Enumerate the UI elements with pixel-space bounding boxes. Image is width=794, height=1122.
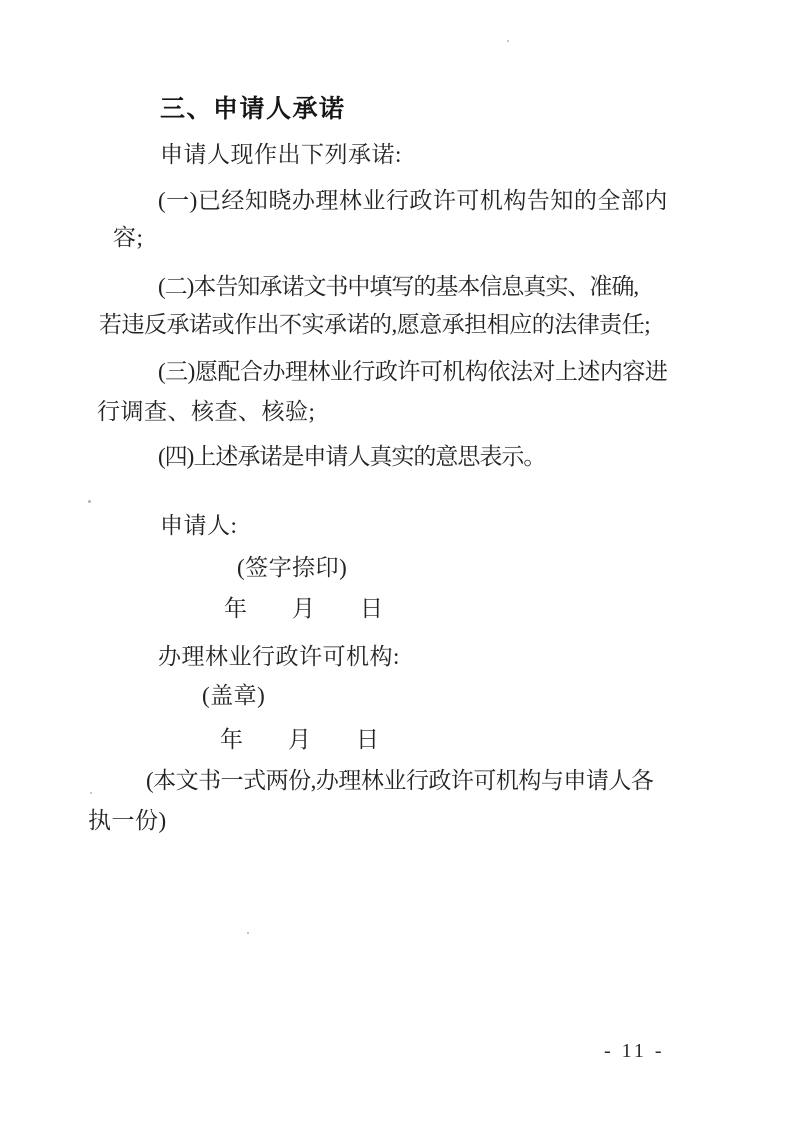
intro-line: 申请人现作出下列承诺: [160, 140, 402, 170]
scan-speck [247, 932, 249, 934]
item-4-line-1: (四)上述承诺是申请人真实的意思表示。 [158, 442, 545, 472]
date-day-label: 日 [360, 594, 383, 624]
applicant-date-line: 年 月 日 [224, 594, 383, 624]
item-2-line-2: 若违反承诺或作出不实承诺的,愿意承担相应的法律责任; [99, 310, 650, 340]
section-heading: 三、申请人承诺 [160, 93, 346, 125]
document-page: 三、申请人承诺 申请人现作出下列承诺: (一)已经知晓办理林业行政许可机构告知的… [0, 0, 794, 1122]
item-1-line-2: 容; [113, 223, 143, 253]
footnote-line-2: 执一份) [88, 806, 167, 836]
applicant-sign-note: (签字捺印) [237, 553, 347, 583]
footnote-line-1: (本文书一式两份,办理林业行政许可机构与申请人各 [146, 766, 653, 796]
scan-speck [88, 500, 91, 503]
item-3-line-2: 行调查、核查、核验; [97, 397, 315, 427]
date-month-label: 月 [288, 725, 311, 755]
item-2-line-1: (二)本告知承诺文书中填写的基本信息真实、准确, [158, 272, 638, 302]
date-month-label: 月 [292, 594, 315, 624]
authority-label: 办理林业行政许可机构: [158, 642, 400, 672]
scan-speck [90, 792, 92, 794]
item-1-line-1: (一)已经知晓办理林业行政许可机构告知的全部内 [158, 186, 668, 216]
authority-date-line: 年 月 日 [220, 725, 379, 755]
applicant-label: 申请人: [160, 511, 237, 541]
item-3-line-1: (三)愿配合办理林业行政许可机构依法对上述内容进 [158, 357, 667, 387]
date-year-label: 年 [224, 594, 247, 624]
scan-speck [507, 40, 509, 42]
authority-seal-note: (盖章) [202, 681, 265, 711]
date-day-label: 日 [356, 725, 379, 755]
date-year-label: 年 [220, 725, 243, 755]
page-number: - 11 - [604, 1040, 665, 1063]
